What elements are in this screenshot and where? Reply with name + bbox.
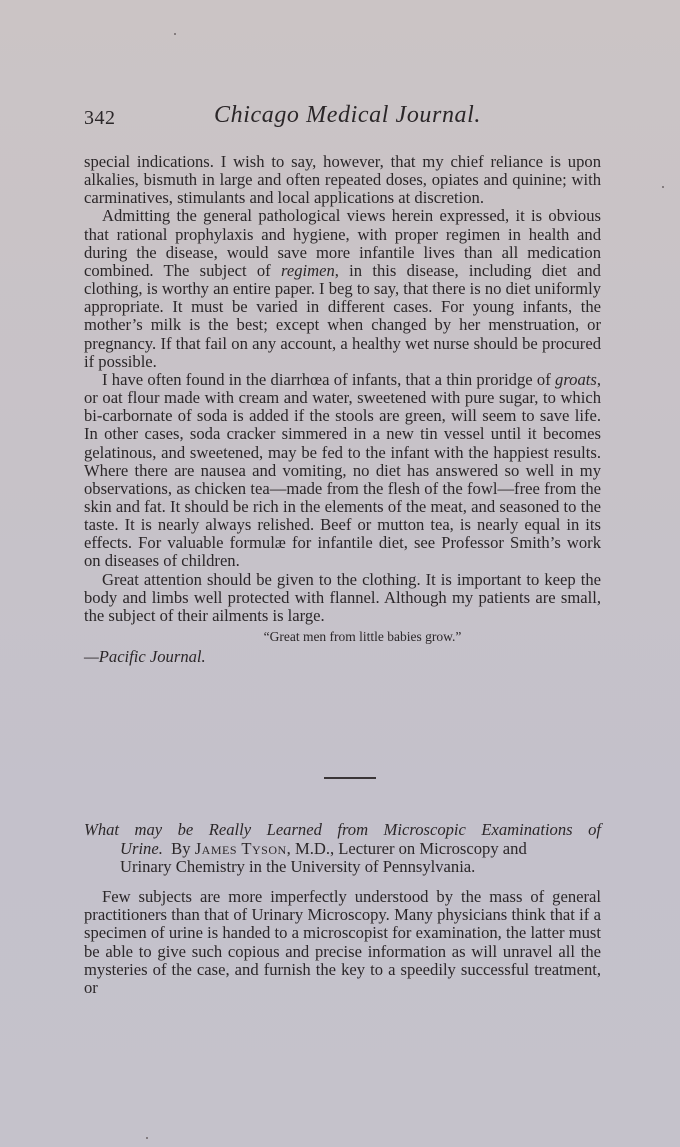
continued-article-body: special indications. I wish to say, howe…: [84, 153, 601, 668]
emphasis-groats: groats: [555, 370, 597, 389]
paragraph-text: I have often found in the diarrhœa of in…: [102, 370, 555, 389]
author-credentials: , M.D., Lecturer on Microscopy and: [287, 839, 527, 858]
page-number: 342: [84, 107, 116, 130]
new-article-body: Few subjects are more imperfectly unders…: [84, 888, 601, 997]
journal-title: Chicago Medical Journal.: [214, 102, 481, 129]
paper-speck: [146, 1137, 148, 1139]
paper-speck: [174, 33, 176, 35]
paragraph-1: special indications. I wish to say, howe…: [84, 153, 601, 207]
section-divider: [324, 777, 376, 779]
epigraph-quote: “Great men from little babies grow.”: [84, 628, 601, 646]
article-title-line-2: Urine.: [120, 839, 163, 858]
paragraph-1: Few subjects are more imperfectly unders…: [84, 888, 601, 997]
paragraph-2: Admitting the general pathological views…: [84, 207, 601, 370]
article-title-line-1: What may be Really Learned from Microsco…: [84, 821, 601, 840]
source-attribution: —Pacific Journal.: [84, 646, 601, 668]
author-name: James Tyson: [195, 839, 287, 858]
article-heading: What may be Really Learned from Microsco…: [84, 821, 601, 877]
paragraph-text: Great attention should be given to the c…: [84, 570, 601, 625]
paragraph-3: I have often found in the diarrhœa of in…: [84, 371, 601, 571]
by-label: By: [171, 839, 190, 858]
emphasis-regimen: regimen: [281, 261, 335, 280]
paragraph-text: , or oat flour made with cream and water…: [84, 370, 601, 571]
paragraph-4: Great attention should be given to the c…: [84, 571, 601, 625]
paper-speck: [662, 186, 664, 188]
author-affiliation: Urinary Chemistry in the University of P…: [84, 858, 601, 877]
article-byline: Urine. By James Tyson, M.D., Lecturer on…: [84, 840, 601, 859]
running-head: 342 Chicago Medical Journal.: [84, 102, 601, 132]
paragraph-text: special indications. I wish to say, howe…: [84, 152, 601, 207]
